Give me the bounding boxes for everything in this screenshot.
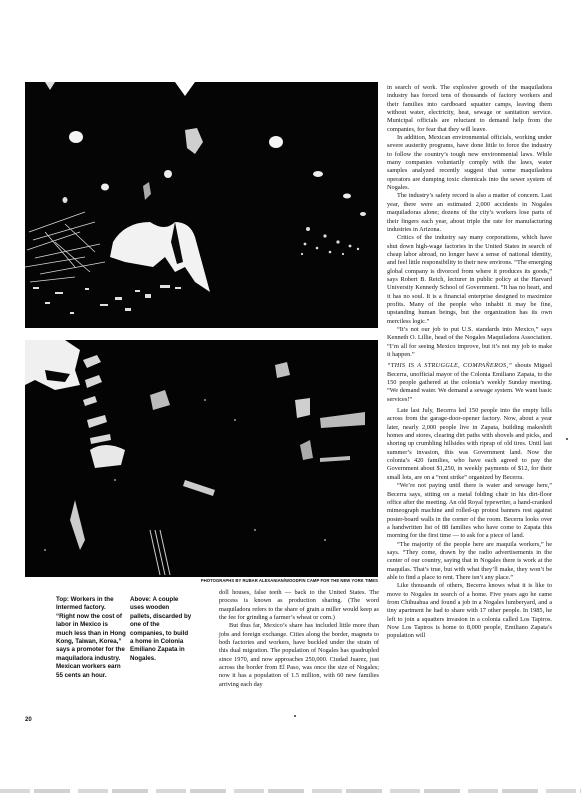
photo-factory-workers xyxy=(25,82,378,328)
photo-credit: PHOTOGRAPHS BY RUBAR ALEXANIAN/WOODFIN C… xyxy=(200,578,378,583)
article-paragraph: “It’s not our job to put U.S. standards … xyxy=(387,326,552,359)
scan-edge-artifact xyxy=(0,789,581,793)
article-paragraph: in search of work. The explosive growth … xyxy=(387,84,552,134)
article-paragraph: But thus far, Mexico’s share has include… xyxy=(219,622,379,689)
photo-couple-building-home xyxy=(25,340,378,577)
couple-photo-graphic xyxy=(25,340,378,577)
article-paragraph: Critics of the industry say many corpora… xyxy=(387,234,552,326)
section-lead-paragraph: “THIS IS A STRUGGLE, COMPAÑEROS,” shouts… xyxy=(387,362,552,404)
caption-bottom-photo: Above: A couple uses wooden pallets, dis… xyxy=(130,596,192,663)
page-number: 20 xyxy=(25,717,32,723)
article-column-right: in search of work. The explosive growth … xyxy=(387,84,552,641)
article-paragraph: “We’re not paying until there is water a… xyxy=(387,482,552,540)
article-paragraph: Late last July, Becerra led 150 people i… xyxy=(387,407,552,482)
section-lead-quote: “THIS IS A STRUGGLE, COMPAÑEROS,” xyxy=(387,362,512,369)
scan-speck xyxy=(566,438,568,440)
article-paragraph: doll houses, false teeth — back to the U… xyxy=(219,589,379,622)
article-paragraph: In addition, Mexican environmental offic… xyxy=(387,134,552,192)
article-paragraph: Like thousands of others, Becerra knows … xyxy=(387,582,552,640)
caption-top-photo: Top: Workers in the Intermed factory. “R… xyxy=(56,596,126,680)
article-column-middle: doll houses, false teeth — back to the U… xyxy=(219,589,379,689)
article-paragraph: The industry’s safety record is also a m… xyxy=(387,192,552,234)
article-paragraph: “The majority of the people here are maq… xyxy=(387,541,552,583)
scan-speck xyxy=(294,715,296,717)
magazine-page: PHOTOGRAPHS BY RUBAR ALEXANIAN/WOODFIN C… xyxy=(0,0,581,800)
factory-photo-graphic xyxy=(25,82,378,328)
